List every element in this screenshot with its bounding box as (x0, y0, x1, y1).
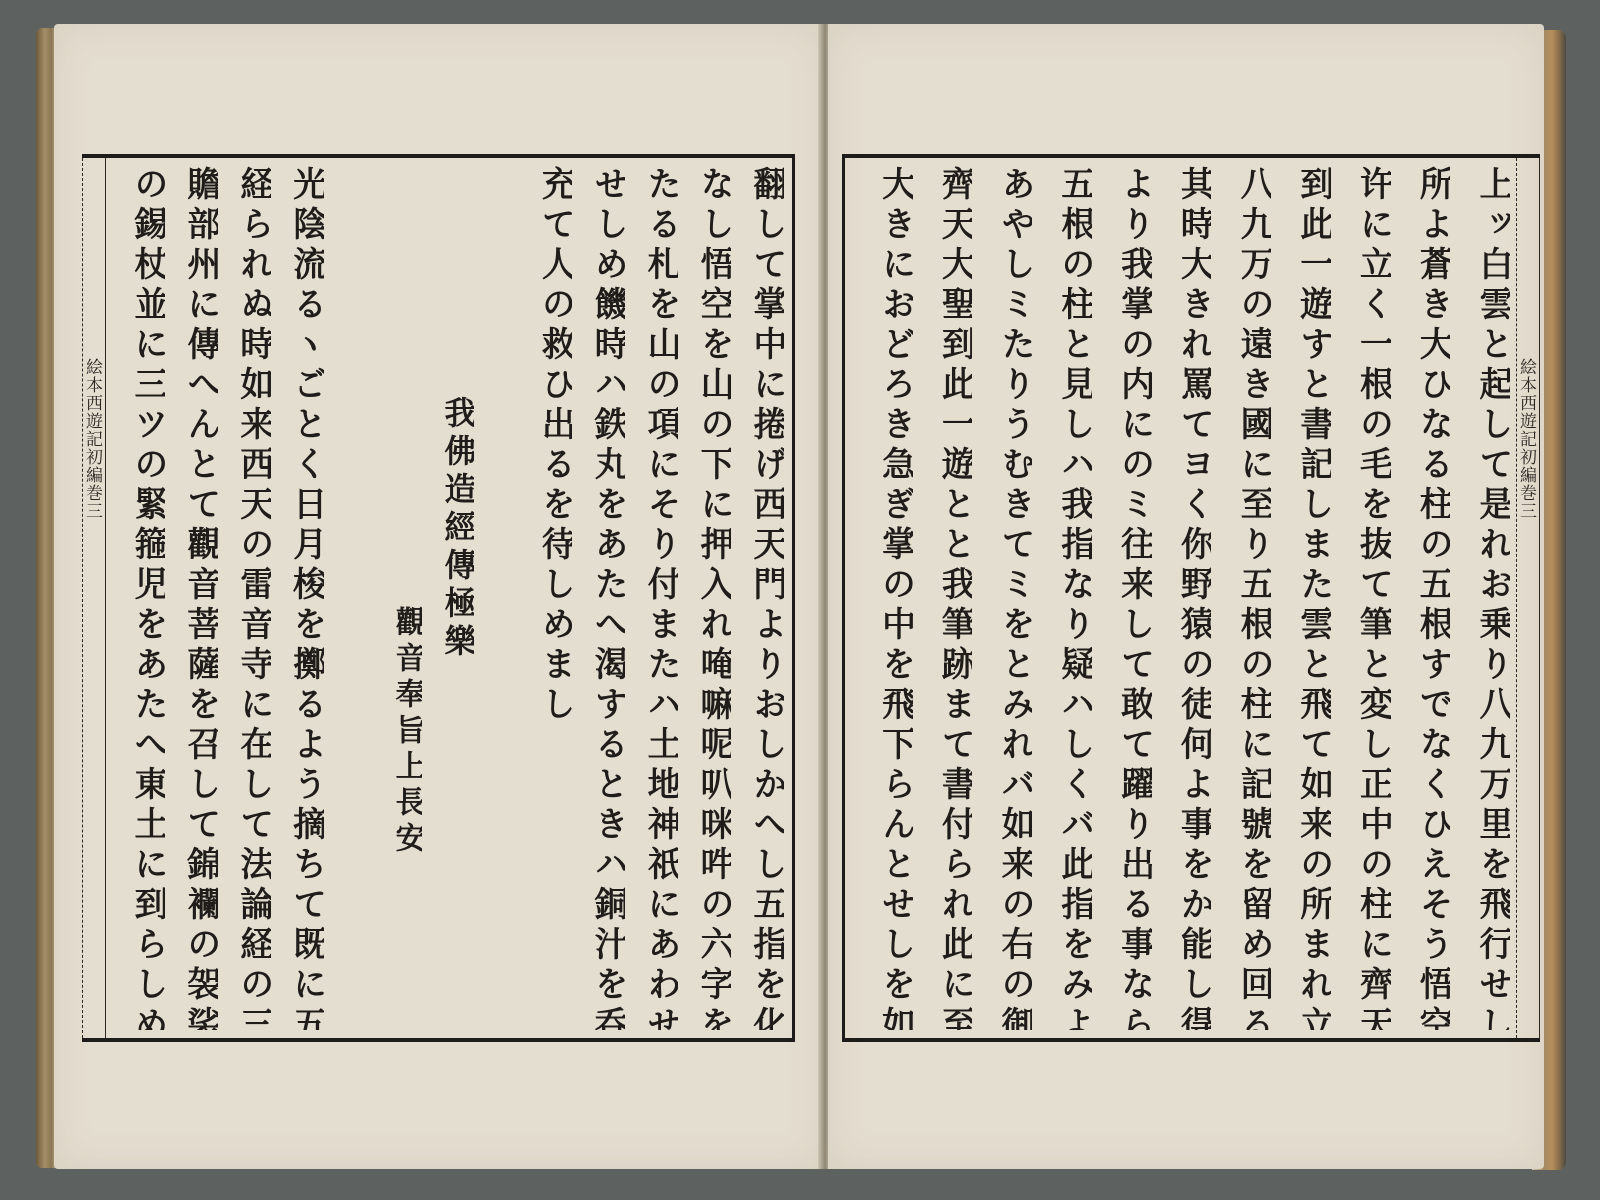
left-page-text-frame: 絵本西遊記初編巻三 翻して掌中に捲げ西天門よりおしかへし五指を化して五行山と な… (82, 154, 795, 1042)
text-column: 八九万の遠き國に至り五根の柱に記號を留め回ると如来 (1211, 166, 1271, 1030)
text-column: 其時大きれ罵てヨく你野猿の徒何よ事をか能し得るや汝 (1152, 166, 1212, 1030)
right-running-title: 絵本西遊記初編巻三 (1516, 158, 1540, 1038)
text-column: 齊天大聖到此一遊とと我筆跡まて書付られ此に至て悟空 (913, 166, 973, 1030)
right-page: 絵本西遊記初編巻三 上ッ白雲と起して是れお乗り八九万里を飛行せしがその 所よ蒼き… (828, 24, 1544, 1169)
text-column: せしめ饑時ハ鉄丸をあたへ渴するときハ銅汁を呑しめ罪を滅ひ (572, 166, 625, 1030)
text-column: たる札を山の項にそり付またハ土地神祇にあわせて悟空を守護 (625, 166, 678, 1030)
text-column: 経られぬ時如来西天の雷音寺に在して法論経の三蔵を南 (218, 166, 271, 1030)
text-column: 五根の柱と見しハ我指なり疑ハしくバ此指をみよ このまヽば (1032, 166, 1092, 1030)
text-column: の錫杖並に三ツの緊箍児をあたへ東土に到らしめ三藏の経を (112, 166, 165, 1030)
verse-line-2: 觀音奉旨上長安 (369, 166, 422, 1030)
left-running-title: 絵本西遊記初編巻三 (82, 158, 106, 1038)
text-column: 充て人の救ひ出るを待しめまし (519, 166, 572, 1030)
text-column: 贍部州に傳へんとて觀音菩薩を召して錦襴の袈裟九環 (165, 166, 218, 1030)
text-column: あやしミたりうむきてミをとみれバ如来の右の御手の中指に (972, 166, 1032, 1030)
text-column: 所よ蒼き大ひなる柱の五根すでなくひえそう悟空此柱の (1391, 166, 1451, 1030)
column-spacer (324, 166, 369, 1030)
text-column: 许に立く一根の毛を抜て筆と変し正中の柱に齊天大聖 (1331, 166, 1391, 1030)
left-text-columns: 翻して掌中に捲げ西天門よりおしかへし五指を化して五行山と なし悟空を山の下に押入… (112, 166, 784, 1030)
right-page-text-frame: 絵本西遊記初編巻三 上ッ白雲と起して是れお乗り八九万里を飛行せしがその 所よ蒼き… (842, 154, 1540, 1042)
text-column: 到此一遊すと書記しまた雲と飛て如来の所まれ立て我已 (1271, 166, 1331, 1030)
text-column: 上ッ白雲と起して是れお乗り八九万里を飛行せしがその (1450, 166, 1510, 1030)
text-column: 大きにおどろき急ぎ掌の中を飛下らんとせしを如来忽ちを (853, 166, 913, 1030)
left-page: 絵本西遊記初編巻三 翻して掌中に捲げ西天門よりおしかへし五指を化して五行山と な… (54, 24, 824, 1169)
right-text-columns: 上ッ白雲と起して是れお乗り八九万里を飛行せしがその 所よ蒼き大ひなる柱の五根すで… (853, 166, 1510, 1030)
text-column: より我掌の内にのミ往来して敢て躍り出る事ならず你が (1092, 166, 1152, 1030)
text-column: 光陰流るヽごとく日月梭を擲るよう摘ちて既に五百余年を (271, 166, 324, 1030)
open-book: 絵本西遊記初編巻三 翻して掌中に捲げ西天門よりおしかへし五指を化して五行山と な… (36, 20, 1566, 1182)
text-column: 翻して掌中に捲げ西天門よりおしかへし五指を化して五行山と (731, 166, 784, 1030)
column-spacer (474, 166, 519, 1030)
verse-line-1: 我佛造經傳極樂 (422, 166, 475, 1030)
text-column: なし悟空を山の下に押入れ唵嘛呢叭咪吽の六字を金書し (678, 166, 731, 1030)
